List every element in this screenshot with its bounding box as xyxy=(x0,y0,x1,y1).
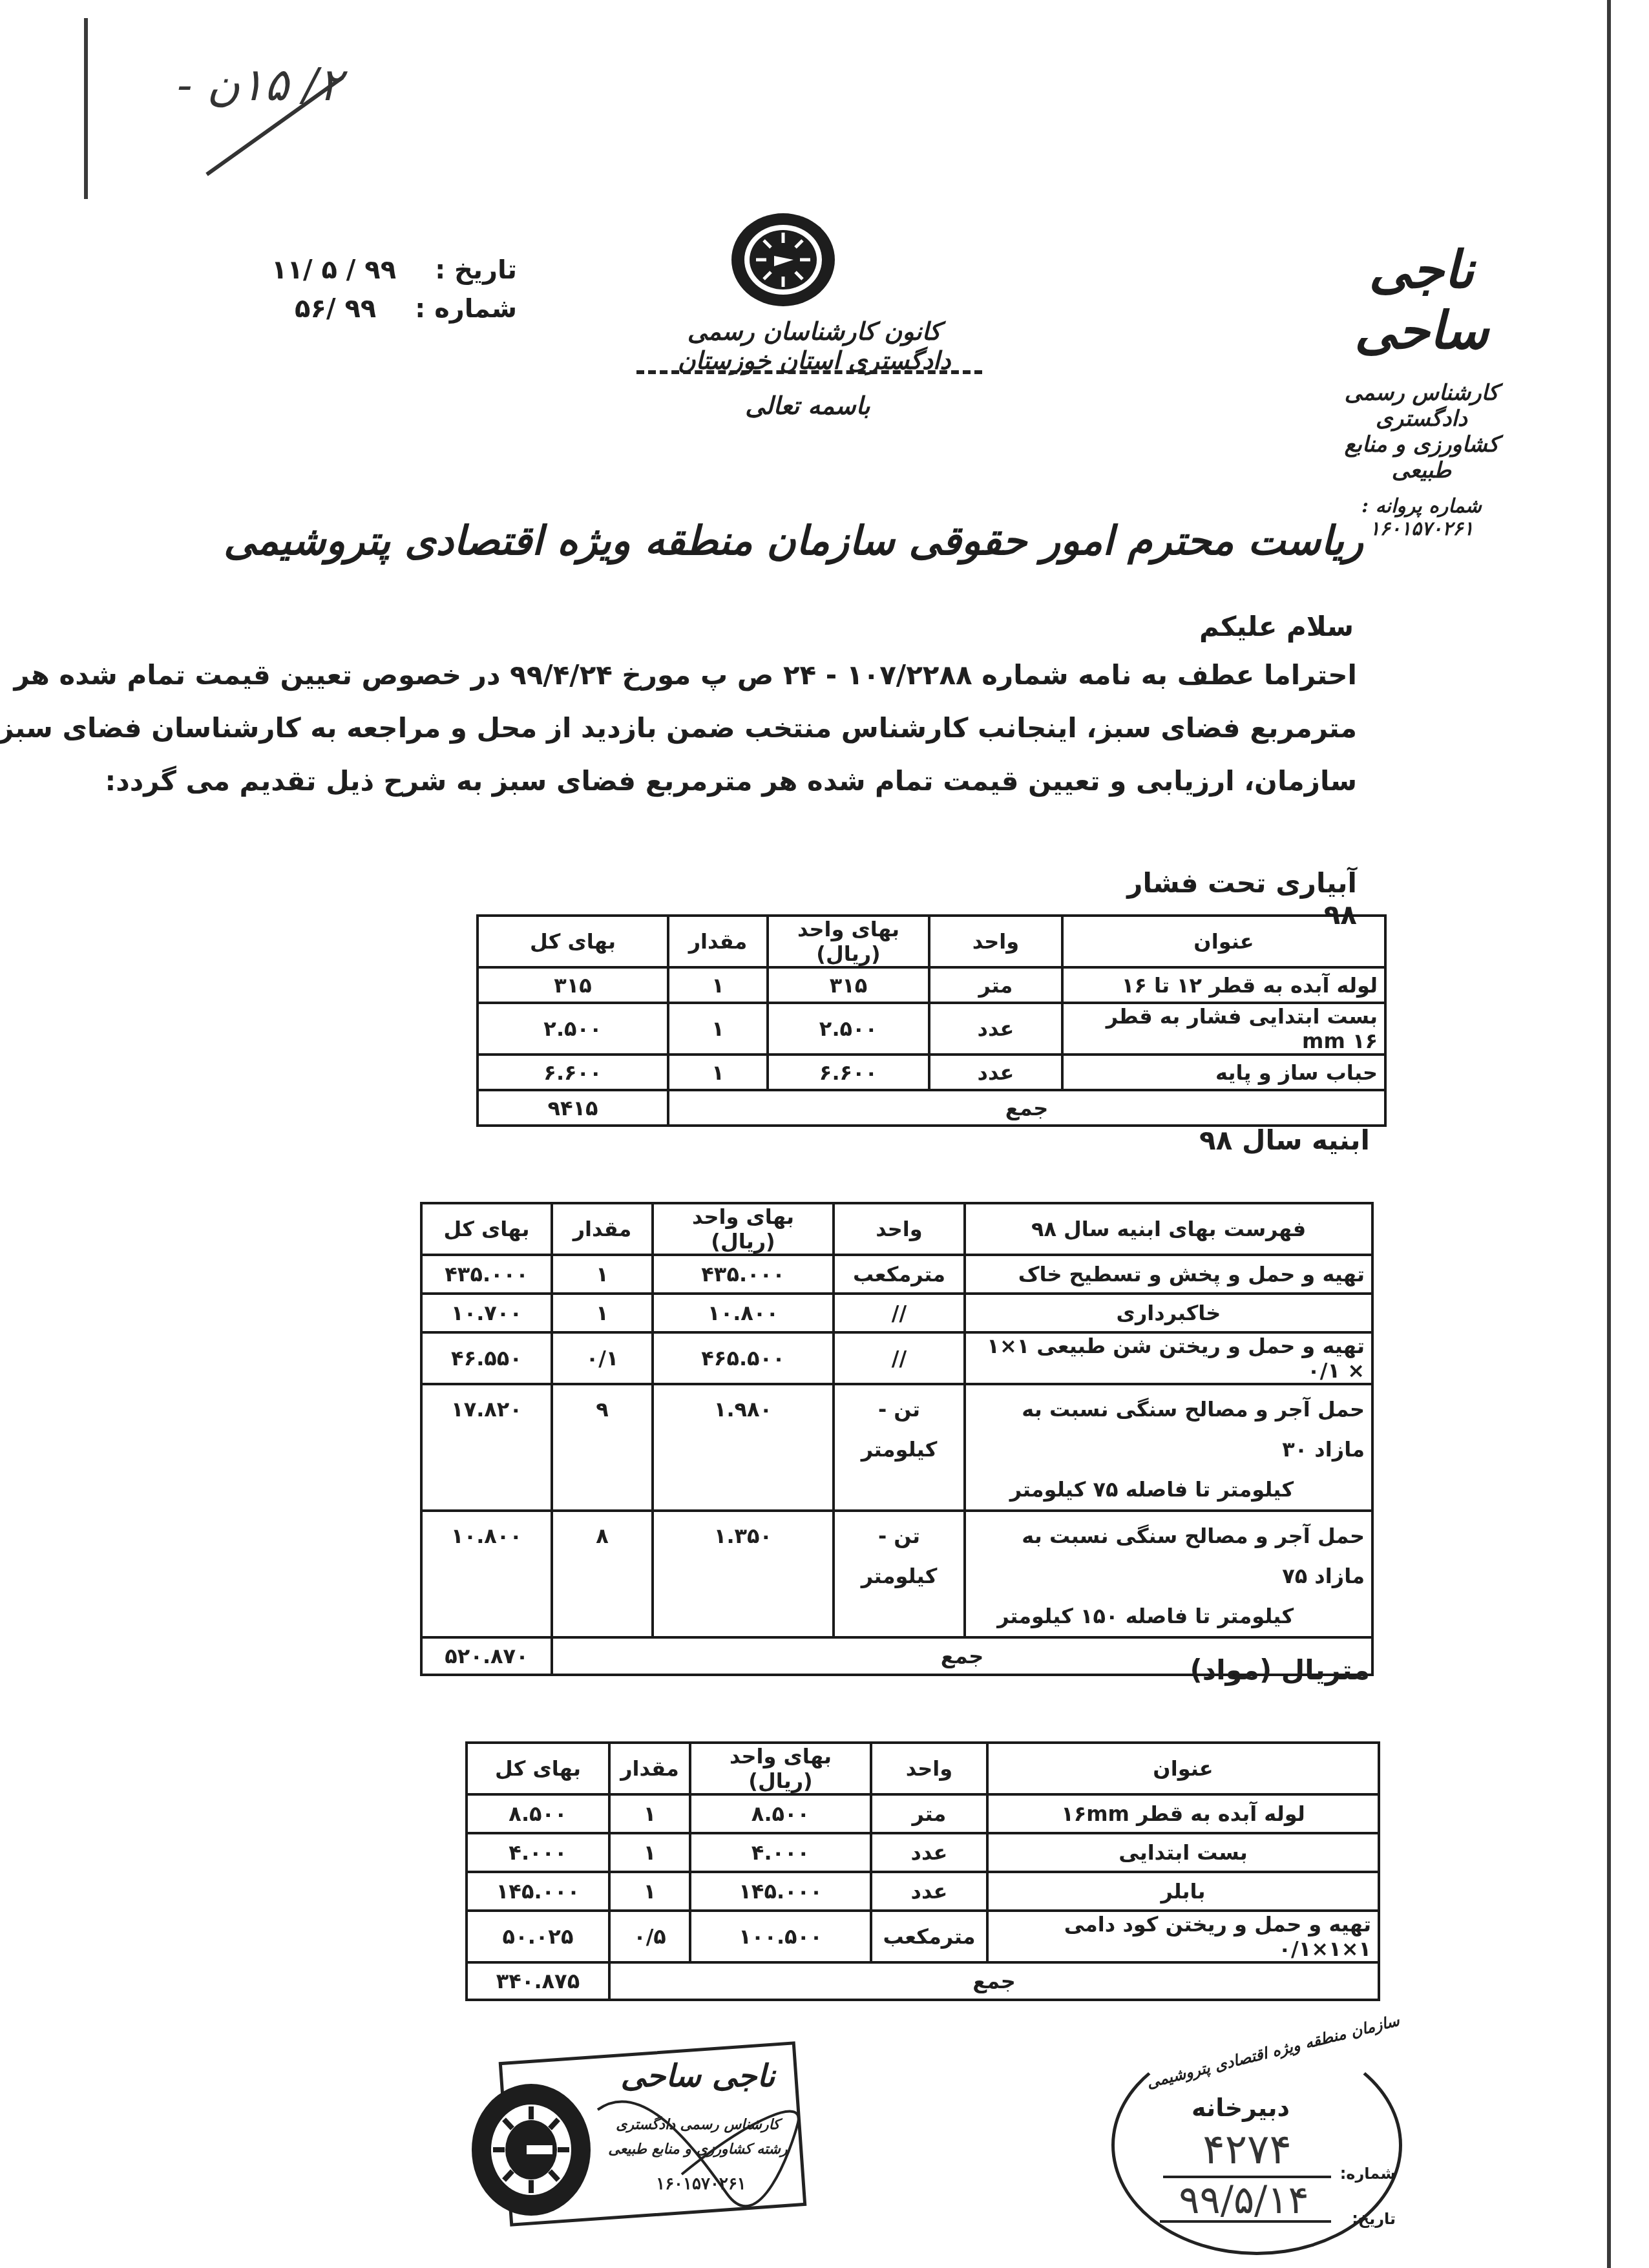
cell-unit-price: ۱۰۰.۵۰۰ xyxy=(690,1911,871,1962)
expert-title-1: کارشناس رسمی دادگستری xyxy=(1325,380,1518,432)
cell-total: ۵۰.۰۲۵ xyxy=(467,1911,609,1962)
cell-qty: ۰/۱ xyxy=(552,1332,653,1384)
col-total: بهای کل xyxy=(478,916,668,967)
sum-value: ۳۴۰.۸۷۵ xyxy=(467,1962,609,2000)
cell-qty: ۱ xyxy=(552,1255,653,1294)
col-unit-price: بهای واحد (ریال) xyxy=(653,1203,834,1255)
cell-unit-price: ۲.۵۰۰ xyxy=(768,1003,929,1055)
cell-unit-price: ۱.۳۵۰ xyxy=(653,1511,834,1637)
table-row: تهیه و حمل و ریختن شن طبیعی ۱×۱ × ۰/۱ //… xyxy=(421,1332,1372,1384)
cell-qty: ۱ xyxy=(609,1833,690,1872)
secretariat-stamp: سازمان منطقه ویژه اقتصادی پتروشیمی دبیرخ… xyxy=(1111,2016,1422,2262)
expert-title-2: کشاورزی و منابع طبیعی xyxy=(1325,432,1518,483)
expert-letterhead: ناجی ساحی کارشناس رسمی دادگستری کشاورزی … xyxy=(1325,239,1518,540)
table-2-heading: ابنیه سال ۹۸ xyxy=(1163,1124,1370,1156)
table-row: حمل آجر و مصالح سنگی نسبت به مازاد ۷۵ کی… xyxy=(421,1511,1372,1637)
table-row: تهیه و حمل و ریختن کود دامی ۱×۱×۰/۱ مترم… xyxy=(467,1911,1379,1962)
cell-unit-price: ۳۱۵ xyxy=(768,967,929,1003)
bismillah: باسمه تعالی xyxy=(698,391,918,420)
cell-title: حمل آجر و مصالح سنگی نسبت به مازاد ۳۰ کی… xyxy=(965,1384,1372,1511)
table-row: بست ابتدایی فشار به قطر mm ۱۶ عدد ۲.۵۰۰ … xyxy=(478,1003,1385,1055)
cell-total: ۴۶.۵۵۰ xyxy=(421,1332,552,1384)
cell-unit-price: ۴.۰۰۰ xyxy=(690,1833,871,1872)
cell-total: ۱۷.۸۲۰ xyxy=(421,1384,552,1511)
cell-title: تهیه و حمل و پخش و تسطیح خاک xyxy=(965,1255,1372,1294)
table-row: لوله آبده به قطر ۱۲ تا ۱۶ متر ۳۱۵ ۱ ۳۱۵ xyxy=(478,967,1385,1003)
col-unit-price: بهای واحد (ریال) xyxy=(690,1743,871,1794)
cell-unit: // xyxy=(834,1294,965,1332)
col-qty: مقدار xyxy=(668,916,768,967)
table-row: تهیه و حمل و پخش و تسطیح خاک مترمکعب ۴۳۵… xyxy=(421,1255,1372,1294)
col-qty: مقدار xyxy=(609,1743,690,1794)
cell-unit-price: ۱۰.۸۰۰ xyxy=(653,1294,834,1332)
sum-label: جمع xyxy=(668,1090,1385,1126)
cell-total: ۸.۵۰۰ xyxy=(467,1794,609,1833)
col-title: عنوان xyxy=(987,1743,1379,1794)
col-total: بهای کل xyxy=(467,1743,609,1794)
cell-title: تهیه و حمل و ریختن شن طبیعی ۱×۱ × ۰/۱ xyxy=(965,1332,1372,1384)
greeting: سلام علیکم xyxy=(1034,611,1354,642)
cell-title: تهیه و حمل و ریختن کود دامی ۱×۱×۰/۱ xyxy=(987,1911,1379,1962)
cell-unit: متر xyxy=(871,1794,987,1833)
table-header-row: عنوان واحد بهای واحد (ریال) مقدار بهای ک… xyxy=(478,916,1385,967)
number-value: ۹۹ /۵۶ xyxy=(295,294,376,324)
cell-unit: تن - کیلومتر xyxy=(834,1511,965,1637)
secretariat-date-value: ۹۹/۵/۱۴ xyxy=(1157,2178,1331,2223)
expert-stamp-seal-icon xyxy=(468,2081,594,2220)
cell-unit-price: ۱۴۵.۰۰۰ xyxy=(690,1872,871,1911)
date-label: تاریخ : xyxy=(435,255,517,285)
cell-unit: مترمکعب xyxy=(834,1255,965,1294)
letter-date: تاریخ : ۹۹ / ۵ /۱۱ xyxy=(271,255,517,285)
association-subtitle: کانون کارشناسان رسمی دادگستری استان خوزس… xyxy=(633,317,995,375)
left-margin-line xyxy=(84,18,88,199)
cell-qty: ۱ xyxy=(668,967,768,1003)
cell-unit: عدد xyxy=(871,1872,987,1911)
cell-unit: متر xyxy=(929,967,1062,1003)
association-logo-icon xyxy=(729,211,837,309)
cell-total: ۴.۰۰۰ xyxy=(467,1833,609,1872)
table-header-row: عنوان واحد بهای واحد (ریال) مقدار بهای ک… xyxy=(467,1743,1379,1794)
table-row: خاکبرداری // ۱۰.۸۰۰ ۱ ۱۰.۷۰۰ xyxy=(421,1294,1372,1332)
cell-total: ۴۳۵.۰۰۰ xyxy=(421,1255,552,1294)
number-label: شماره : xyxy=(415,294,517,324)
secretariat-stamp-title: دبیرخانه xyxy=(1176,2094,1305,2122)
col-title: فهرست بهای ابنیه سال ۹۸ xyxy=(965,1203,1372,1255)
cell-qty: ۱ xyxy=(609,1872,690,1911)
table-row: حمل آجر و مصالح سنگی نسبت به مازاد ۳۰ کی… xyxy=(421,1384,1372,1511)
cell-title: حباب ساز و پایه xyxy=(1062,1055,1385,1090)
cell-qty: ۰/۵ xyxy=(609,1911,690,1962)
cell-qty: ۱ xyxy=(609,1794,690,1833)
cell-title-line-1: حمل آجر و مصالح سنگی نسبت به مازاد ۳۰ xyxy=(972,1389,1365,1469)
cell-unit: تن - کیلومتر xyxy=(834,1384,965,1511)
letter-number: شماره : ۹۹ /۵۶ xyxy=(271,294,517,324)
recipient-title: ریاست محترم امور حقوقی سازمان منطقه ویژه… xyxy=(892,517,1363,564)
body-line-1: احتراما عطف به نامه شماره ۱۰۷/۲۲۸۸ - ۲۴ … xyxy=(349,659,1357,691)
sum-label: جمع xyxy=(609,1962,1379,2000)
col-unit: واحد xyxy=(929,916,1062,967)
materials-table: عنوان واحد بهای واحد (ریال) مقدار بهای ک… xyxy=(465,1741,1380,2001)
cell-title: لوله آبده به قطر ۱۲ تا ۱۶ xyxy=(1062,967,1385,1003)
cell-unit-price: ۸.۵۰۰ xyxy=(690,1794,871,1833)
col-unit: واحد xyxy=(834,1203,965,1255)
cell-unit: // xyxy=(834,1332,965,1384)
cell-title: بست ابتدایی فشار به قطر mm ۱۶ xyxy=(1062,1003,1385,1055)
secretariat-number-label: شماره: xyxy=(1331,2165,1396,2183)
cell-unit-price: ۶.۶۰۰ xyxy=(768,1055,929,1090)
table-sum-row: جمع ۹۴۱۵ xyxy=(478,1090,1385,1126)
secretariat-date-rule xyxy=(1160,2220,1331,2223)
cell-title: بست ابتدایی xyxy=(987,1833,1379,1872)
cell-unit: عدد xyxy=(929,1003,1062,1055)
cell-qty: ۱ xyxy=(668,1055,768,1090)
cell-qty: ۱ xyxy=(668,1003,768,1055)
cell-title: حمل آجر و مصالح سنگی نسبت به مازاد ۷۵ کی… xyxy=(965,1511,1372,1637)
cell-title-line-1: حمل آجر و مصالح سنگی نسبت به مازاد ۷۵ xyxy=(972,1516,1365,1596)
col-qty: مقدار xyxy=(552,1203,653,1255)
table-row: بابلر عدد ۱۴۵.۰۰۰ ۱ ۱۴۵.۰۰۰ xyxy=(467,1872,1379,1911)
cell-unit-price: ۱.۹۸۰ xyxy=(653,1384,834,1511)
expert-stamp: ناجی ساحی کارشناس رسمی دادگستری رشته کشا… xyxy=(468,2045,804,2220)
sum-value: ۵۲۰.۸۷۰ xyxy=(421,1637,552,1675)
cell-total: ۲.۵۰۰ xyxy=(478,1003,668,1055)
cell-unit: عدد xyxy=(871,1833,987,1872)
col-unit-price: بهای واحد (ریال) xyxy=(768,916,929,967)
body-line-2: مترمربع فضای سبز، اینجانب کارشناس منتخب … xyxy=(349,712,1357,744)
handwritten-stroke-icon xyxy=(194,65,349,181)
irrigation-table: عنوان واحد بهای واحد (ریال) مقدار بهای ک… xyxy=(476,914,1387,1127)
cell-unit-price: ۴۶۵.۵۰۰ xyxy=(653,1332,834,1384)
secretariat-date-label: تاریخ: xyxy=(1331,2210,1396,2228)
right-margin-line xyxy=(1607,0,1611,2268)
signature-icon xyxy=(585,2071,804,2213)
col-title: عنوان xyxy=(1062,916,1385,967)
table-row: لوله آبده به قطر ۱۶mm متر ۸.۵۰۰ ۱ ۸.۵۰۰ xyxy=(467,1794,1379,1833)
table-sum-row: جمع ۳۴۰.۸۷۵ xyxy=(467,1962,1379,2000)
construction-table: فهرست بهای ابنیه سال ۹۸ واحد بهای واحد (… xyxy=(420,1202,1374,1676)
table-row: حباب ساز و پایه عدد ۶.۶۰۰ ۱ ۶.۶۰۰ xyxy=(478,1055,1385,1090)
cell-title-line-2: کیلومتر تا فاصله ۱۵۰ کیلومتر xyxy=(972,1596,1365,1636)
cell-unit: مترمکعب xyxy=(871,1911,987,1962)
cell-total: ۳۱۵ xyxy=(478,967,668,1003)
col-total: بهای کل xyxy=(421,1203,552,1255)
cell-qty: ۱ xyxy=(552,1294,653,1332)
col-unit: واحد xyxy=(871,1743,987,1794)
cell-total: ۶.۶۰۰ xyxy=(478,1055,668,1090)
table-row: بست ابتدایی عدد ۴.۰۰۰ ۱ ۴.۰۰۰ xyxy=(467,1833,1379,1872)
cell-title: لوله آبده به قطر ۱۶mm xyxy=(987,1794,1379,1833)
cell-total: ۱۰.۷۰۰ xyxy=(421,1294,552,1332)
sum-value: ۹۴۱۵ xyxy=(478,1090,668,1126)
cell-total: ۱۰.۸۰۰ xyxy=(421,1511,552,1637)
cell-qty: ۸ xyxy=(552,1511,653,1637)
cell-unit-price: ۴۳۵.۰۰۰ xyxy=(653,1255,834,1294)
secretariat-number-value: ۴۲۷۴ xyxy=(1176,2126,1318,2174)
date-value: ۹۹ / ۵ /۱۱ xyxy=(271,255,396,285)
cell-title: خاکبرداری xyxy=(965,1294,1372,1332)
cell-qty: ۹ xyxy=(552,1384,653,1511)
table-header-row: فهرست بهای ابنیه سال ۹۸ واحد بهای واحد (… xyxy=(421,1203,1372,1255)
header-divider xyxy=(636,370,982,374)
table-3-heading: متریال (مواد) xyxy=(1163,1654,1370,1686)
body-line-3: سازمان، ارزیابی و تعیین قیمت تمام شده هر… xyxy=(349,765,1357,797)
expert-name: ناجی ساحی xyxy=(1325,239,1518,361)
cell-total: ۱۴۵.۰۰۰ xyxy=(467,1872,609,1911)
cell-title-line-2: کیلومتر تا فاصله ۷۵ کیلومتر xyxy=(972,1469,1365,1509)
cell-unit: عدد xyxy=(929,1055,1062,1090)
cell-title: بابلر xyxy=(987,1872,1379,1911)
